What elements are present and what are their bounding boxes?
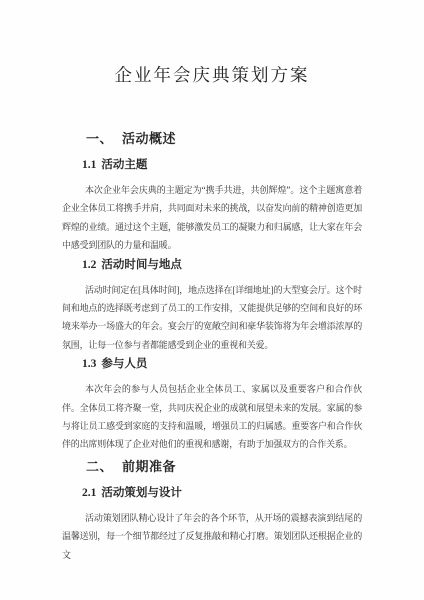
section-number: 二、 — [86, 459, 113, 474]
section-heading: 二、前期准备 — [86, 458, 362, 475]
paragraph-1-1: 本次企业年会庆典的主题定为“携手共进，共创辉煌”。这个主题寓意着企业全体员工将携… — [62, 181, 362, 255]
section-1: 一、活动概述 1.1活动主题 本次企业年会庆典的主题定为“携手共进，共创辉煌”。… — [62, 130, 362, 454]
subsection-number: 1.2 — [82, 259, 96, 271]
section-2: 二、前期准备 2.1活动策划与设计 活动策划团队精心设计了年会的各个环节，从开场… — [62, 458, 362, 564]
subsection-heading-text: 参与人员 — [101, 358, 147, 370]
subsection-heading-text: 活动主题 — [101, 159, 147, 171]
section-number: 一、 — [86, 131, 113, 146]
section-heading: 一、活动概述 — [86, 130, 362, 147]
document-content: 企业年会庆典策划方案 一、活动概述 1.1活动主题 本次企业年会庆典的主题定为“… — [0, 0, 424, 564]
paragraph-2-1: 活动策划团队精心设计了年会的各个环节，从开场的震撼表演到结尾的温馨送别，每一个细… — [62, 509, 362, 564]
subsection-heading-1-1: 1.1活动主题 — [82, 158, 362, 173]
subsection-number: 1.3 — [82, 358, 96, 370]
subsection-number: 2.1 — [82, 487, 96, 499]
subsection-heading-1-3: 1.3参与人员 — [82, 357, 362, 372]
section-heading-text: 前期准备 — [122, 459, 176, 474]
paragraph-1-2: 活动时间定在[具体时间]，地点选择在[详细地址]的大型宴会厅。这个时间和地点的选… — [62, 281, 362, 355]
paragraph-1-3: 本次年会的参与人员包括企业全体员工、家属以及重要客户和合作伙伴。全体员工将齐聚一… — [62, 380, 362, 454]
subsection-number: 1.1 — [82, 159, 96, 171]
subsection-heading-1-2: 1.2活动时间与地点 — [82, 258, 362, 273]
section-heading-text: 活动概述 — [122, 131, 176, 146]
subsection-heading-text: 活动策划与设计 — [101, 487, 182, 499]
document-title: 企业年会庆典策划方案 — [62, 0, 362, 88]
document-page: 企业年会庆典策划方案 一、活动概述 1.1活动主题 本次企业年会庆典的主题定为“… — [0, 0, 424, 600]
subsection-heading-text: 活动时间与地点 — [101, 259, 182, 271]
subsection-heading-2-1: 2.1活动策划与设计 — [82, 486, 362, 501]
